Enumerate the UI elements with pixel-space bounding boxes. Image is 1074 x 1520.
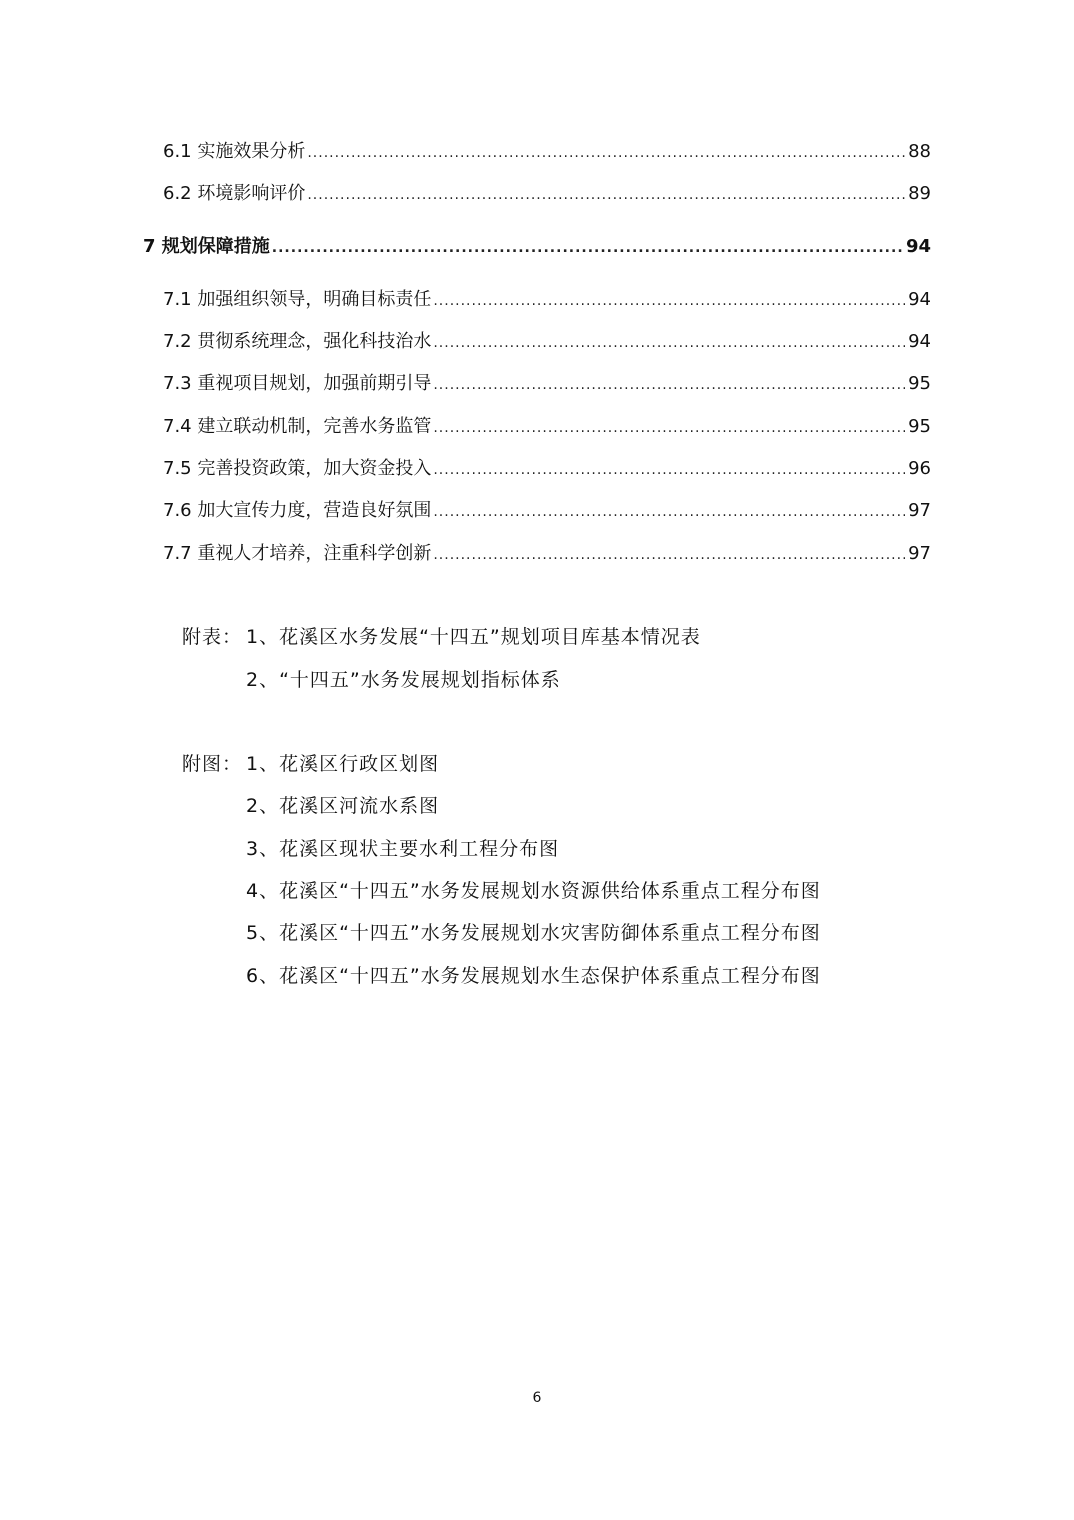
toc-entry-chapter-7[interactable]: 7 规划保障措施 ...............................… — [143, 234, 931, 260]
toc-entry-7-6[interactable]: 7.6 加大宣传力度，营造良好氛围 ......................… — [163, 498, 931, 524]
toc-page-number: 94 — [905, 329, 931, 355]
toc-leader-dots: ........................................… — [307, 140, 905, 166]
page-number: 6 — [0, 1390, 1074, 1406]
appendix-table-item: 1、花溪区水务发展“十四五”规划项目库基本情况表 — [246, 624, 701, 650]
toc-entry-label: 7.7 重视人才培养，注重科学创新 — [163, 541, 433, 567]
toc-entry-label: 7.3 重视项目规划，加强前期引导 — [163, 371, 433, 397]
toc-page-number: 97 — [905, 498, 931, 524]
appendix-tables-heading: 附表： — [182, 624, 242, 650]
toc-leader-dots: ........................................… — [433, 542, 905, 568]
toc-entry-label: 7.5 完善投资政策，加大资金投入 — [163, 456, 433, 482]
toc-leader-dots: ........................................… — [272, 235, 903, 261]
appendix-figure-item: 6、花溪区“十四五”水务发展规划水生态保护体系重点工程分布图 — [246, 963, 821, 989]
toc-entry-label: 7.2 贯彻系统理念，强化科技治水 — [163, 329, 433, 355]
toc-entry-label: 7 规划保障措施 — [143, 234, 272, 260]
toc-entry-label: 7.1 加强组织领导，明确目标责任 — [163, 287, 433, 313]
toc-entry-7-3[interactable]: 7.3 重视项目规划，加强前期引导 ......................… — [163, 371, 931, 397]
toc-leader-dots: ........................................… — [433, 415, 905, 441]
toc-entry-label: 7.6 加大宣传力度，营造良好氛围 — [163, 498, 433, 524]
appendix-figure-item: 3、花溪区现状主要水利工程分布图 — [246, 836, 559, 862]
appendix-figure-item: 1、花溪区行政区划图 — [246, 751, 439, 777]
appendix-figure-item: 2、花溪区河流水系图 — [246, 793, 439, 819]
toc-page-number: 94 — [905, 287, 931, 313]
toc-entry-6-2[interactable]: 6.2 环境影响评价 .............................… — [163, 181, 931, 207]
toc-entry-7-4[interactable]: 7.4 建立联动机制，完善水务监管 ......................… — [163, 414, 931, 440]
toc-entry-7-5[interactable]: 7.5 完善投资政策，加大资金投入 ......................… — [163, 456, 931, 482]
toc-entry-label: 6.1 实施效果分析 — [163, 139, 307, 165]
toc-page-number: 89 — [905, 181, 931, 207]
toc-entry-7-7[interactable]: 7.7 重视人才培养，注重科学创新 ......................… — [163, 541, 931, 567]
toc-page-number: 96 — [905, 456, 931, 482]
appendix-table-item: 2、“十四五”水务发展规划指标体系 — [246, 667, 561, 693]
toc-leader-dots: ........................................… — [433, 499, 905, 525]
toc-page-number: 88 — [905, 139, 931, 165]
toc-leader-dots: ........................................… — [433, 288, 905, 314]
toc-entry-6-1[interactable]: 6.1 实施效果分析 .............................… — [163, 139, 931, 165]
toc-page-number: 95 — [905, 414, 931, 440]
appendix-figure-item: 4、花溪区“十四五”水务发展规划水资源供给体系重点工程分布图 — [246, 878, 821, 904]
toc-page-number: 97 — [905, 541, 931, 567]
toc-entry-7-2[interactable]: 7.2 贯彻系统理念，强化科技治水 ......................… — [163, 329, 931, 355]
toc-page-number: 95 — [905, 371, 931, 397]
toc-leader-dots: ........................................… — [433, 372, 905, 398]
appendix-figures-heading: 附图： — [182, 751, 242, 777]
appendix-figure-item: 5、花溪区“十四五”水务发展规划水灾害防御体系重点工程分布图 — [246, 920, 821, 946]
toc-entry-7-1[interactable]: 7.1 加强组织领导，明确目标责任 ......................… — [163, 287, 931, 313]
toc-entry-label: 7.4 建立联动机制，完善水务监管 — [163, 414, 433, 440]
toc-page-number: 94 — [903, 234, 931, 260]
toc-leader-dots: ........................................… — [433, 330, 905, 356]
toc-leader-dots: ........................................… — [307, 182, 905, 208]
toc-entry-label: 6.2 环境影响评价 — [163, 181, 307, 207]
toc-leader-dots: ........................................… — [433, 457, 905, 483]
